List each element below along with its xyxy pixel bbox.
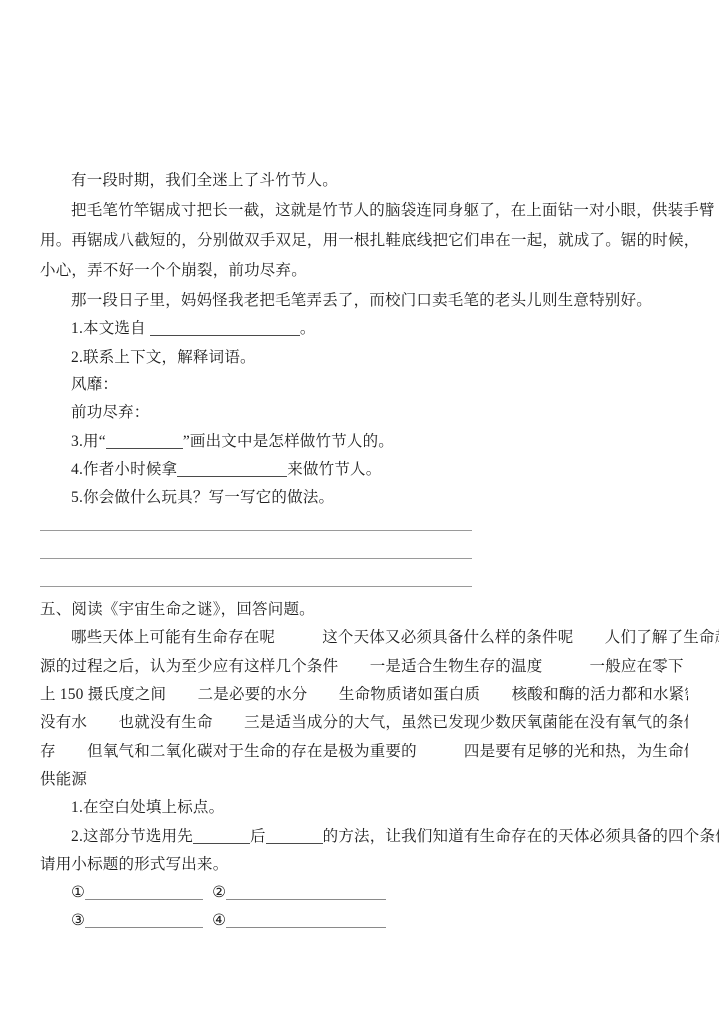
answer-line xyxy=(40,586,472,587)
question-2-part2: 后 xyxy=(250,828,266,845)
question-2: 2.联系上下文，解释词语。 xyxy=(40,347,719,369)
blank-underline xyxy=(266,831,323,844)
blank-underline xyxy=(177,464,287,477)
question-3-suffix: ”画出文中是怎样做竹节人的。 xyxy=(183,433,394,450)
passage-line: 哪些天体上可能有生命存在呢 这个天体又必须具备什么样的条件呢 人们了解了生命起 xyxy=(40,627,719,649)
question-3-prefix: 3.用“ xyxy=(71,433,106,450)
question-1: 1.本文选自 。 xyxy=(40,318,719,340)
circled-number-2: ② xyxy=(212,884,226,901)
blank-underline xyxy=(226,887,386,900)
passage-line: 用。再锯成八截短的，分别做双手双足，用一根扎鞋底线把它们串在一起，就成了。锯的时… xyxy=(40,230,688,252)
blank-underline xyxy=(85,915,203,928)
passage-line: 源的过程之后，认为至少应有这样几个条件 一是适合生物生存的温度 一般应在零下 5… xyxy=(40,656,688,678)
passage-line: 那一段日子里，妈妈怪我老把毛笔弄丢了，而校门口卖毛笔的老头儿则生意特别好。 xyxy=(40,290,719,312)
blank-underline xyxy=(150,323,300,336)
passage-line: 小心，弄不好一个个崩裂，前功尽弃。 xyxy=(40,260,688,282)
question-3: 3.用“”画出文中是怎样做竹节人的。 xyxy=(40,431,719,453)
blank-underline xyxy=(193,831,250,844)
passage-line: 把毛笔竹竿锯成寸把长一截，这就是竹节人的脑袋连同身躯了，在上面钻一对小眼，供装手… xyxy=(40,200,719,222)
subtitle-blank-row: ①② xyxy=(40,882,719,904)
word-fengmi: 风靡： xyxy=(40,374,719,396)
passage-line: 有一段时期，我们全迷上了斗竹节人。 xyxy=(40,170,719,192)
question-1-prefix: 1.本文选自 xyxy=(71,320,150,337)
worksheet-page: 有一段时期，我们全迷上了斗竹节人。 把毛笔竹竿锯成寸把长一截，这就是竹节人的脑袋… xyxy=(0,0,724,1024)
subtitle-blank-row: ③④ xyxy=(40,910,719,932)
passage-line: 没有水 也就没有生命 三是适当成分的大气，虽然已发现少数厌氧菌能在没有氧气的条件… xyxy=(40,712,688,734)
question-1: 1.在空白处填上标点。 xyxy=(40,797,719,819)
question-4-suffix: 来做竹节人。 xyxy=(287,461,381,478)
question-2-part3: 的方法，让我们知道有生命存在的天体必须具备的四个条件， xyxy=(323,828,719,845)
blank-underline xyxy=(85,887,203,900)
question-1-suffix: 。 xyxy=(300,320,316,337)
question-4: 4.作者小时候拿来做竹节人。 xyxy=(40,459,719,481)
question-2-continued: 请用小标题的形式写出来。 xyxy=(40,854,688,876)
answer-line xyxy=(40,530,472,531)
passage-line: 供能源 xyxy=(40,769,688,791)
answer-line xyxy=(40,558,472,559)
word-qiangongjinqi: 前功尽弃： xyxy=(40,402,719,424)
blank-underline xyxy=(106,436,183,449)
question-5: 5.你会做什么玩具？写一写它的做法。 xyxy=(40,487,719,509)
passage-line: 存 但氧气和二氧化碳对于生命的存在是极为重要的 四是要有足够的光和热，为生命体系… xyxy=(40,741,688,763)
question-4-prefix: 4.作者小时候拿 xyxy=(71,461,177,478)
circled-number-3: ③ xyxy=(71,912,85,929)
circled-number-1: ① xyxy=(71,884,85,901)
question-2-part1: 2.这部分节选用先 xyxy=(71,828,193,845)
question-2: 2.这部分节选用先后的方法，让我们知道有生命存在的天体必须具备的四个条件， xyxy=(40,826,719,848)
blank-underline xyxy=(226,915,386,928)
circled-number-4: ④ xyxy=(212,912,226,929)
passage-line: 上 150 摄氏度之间 二是必要的水分 生命物质诸如蛋白质 核酸和酶的活力都和水… xyxy=(40,684,688,706)
section-heading: 五、阅读《宇宙生命之谜》，回答问题。 xyxy=(40,599,688,621)
